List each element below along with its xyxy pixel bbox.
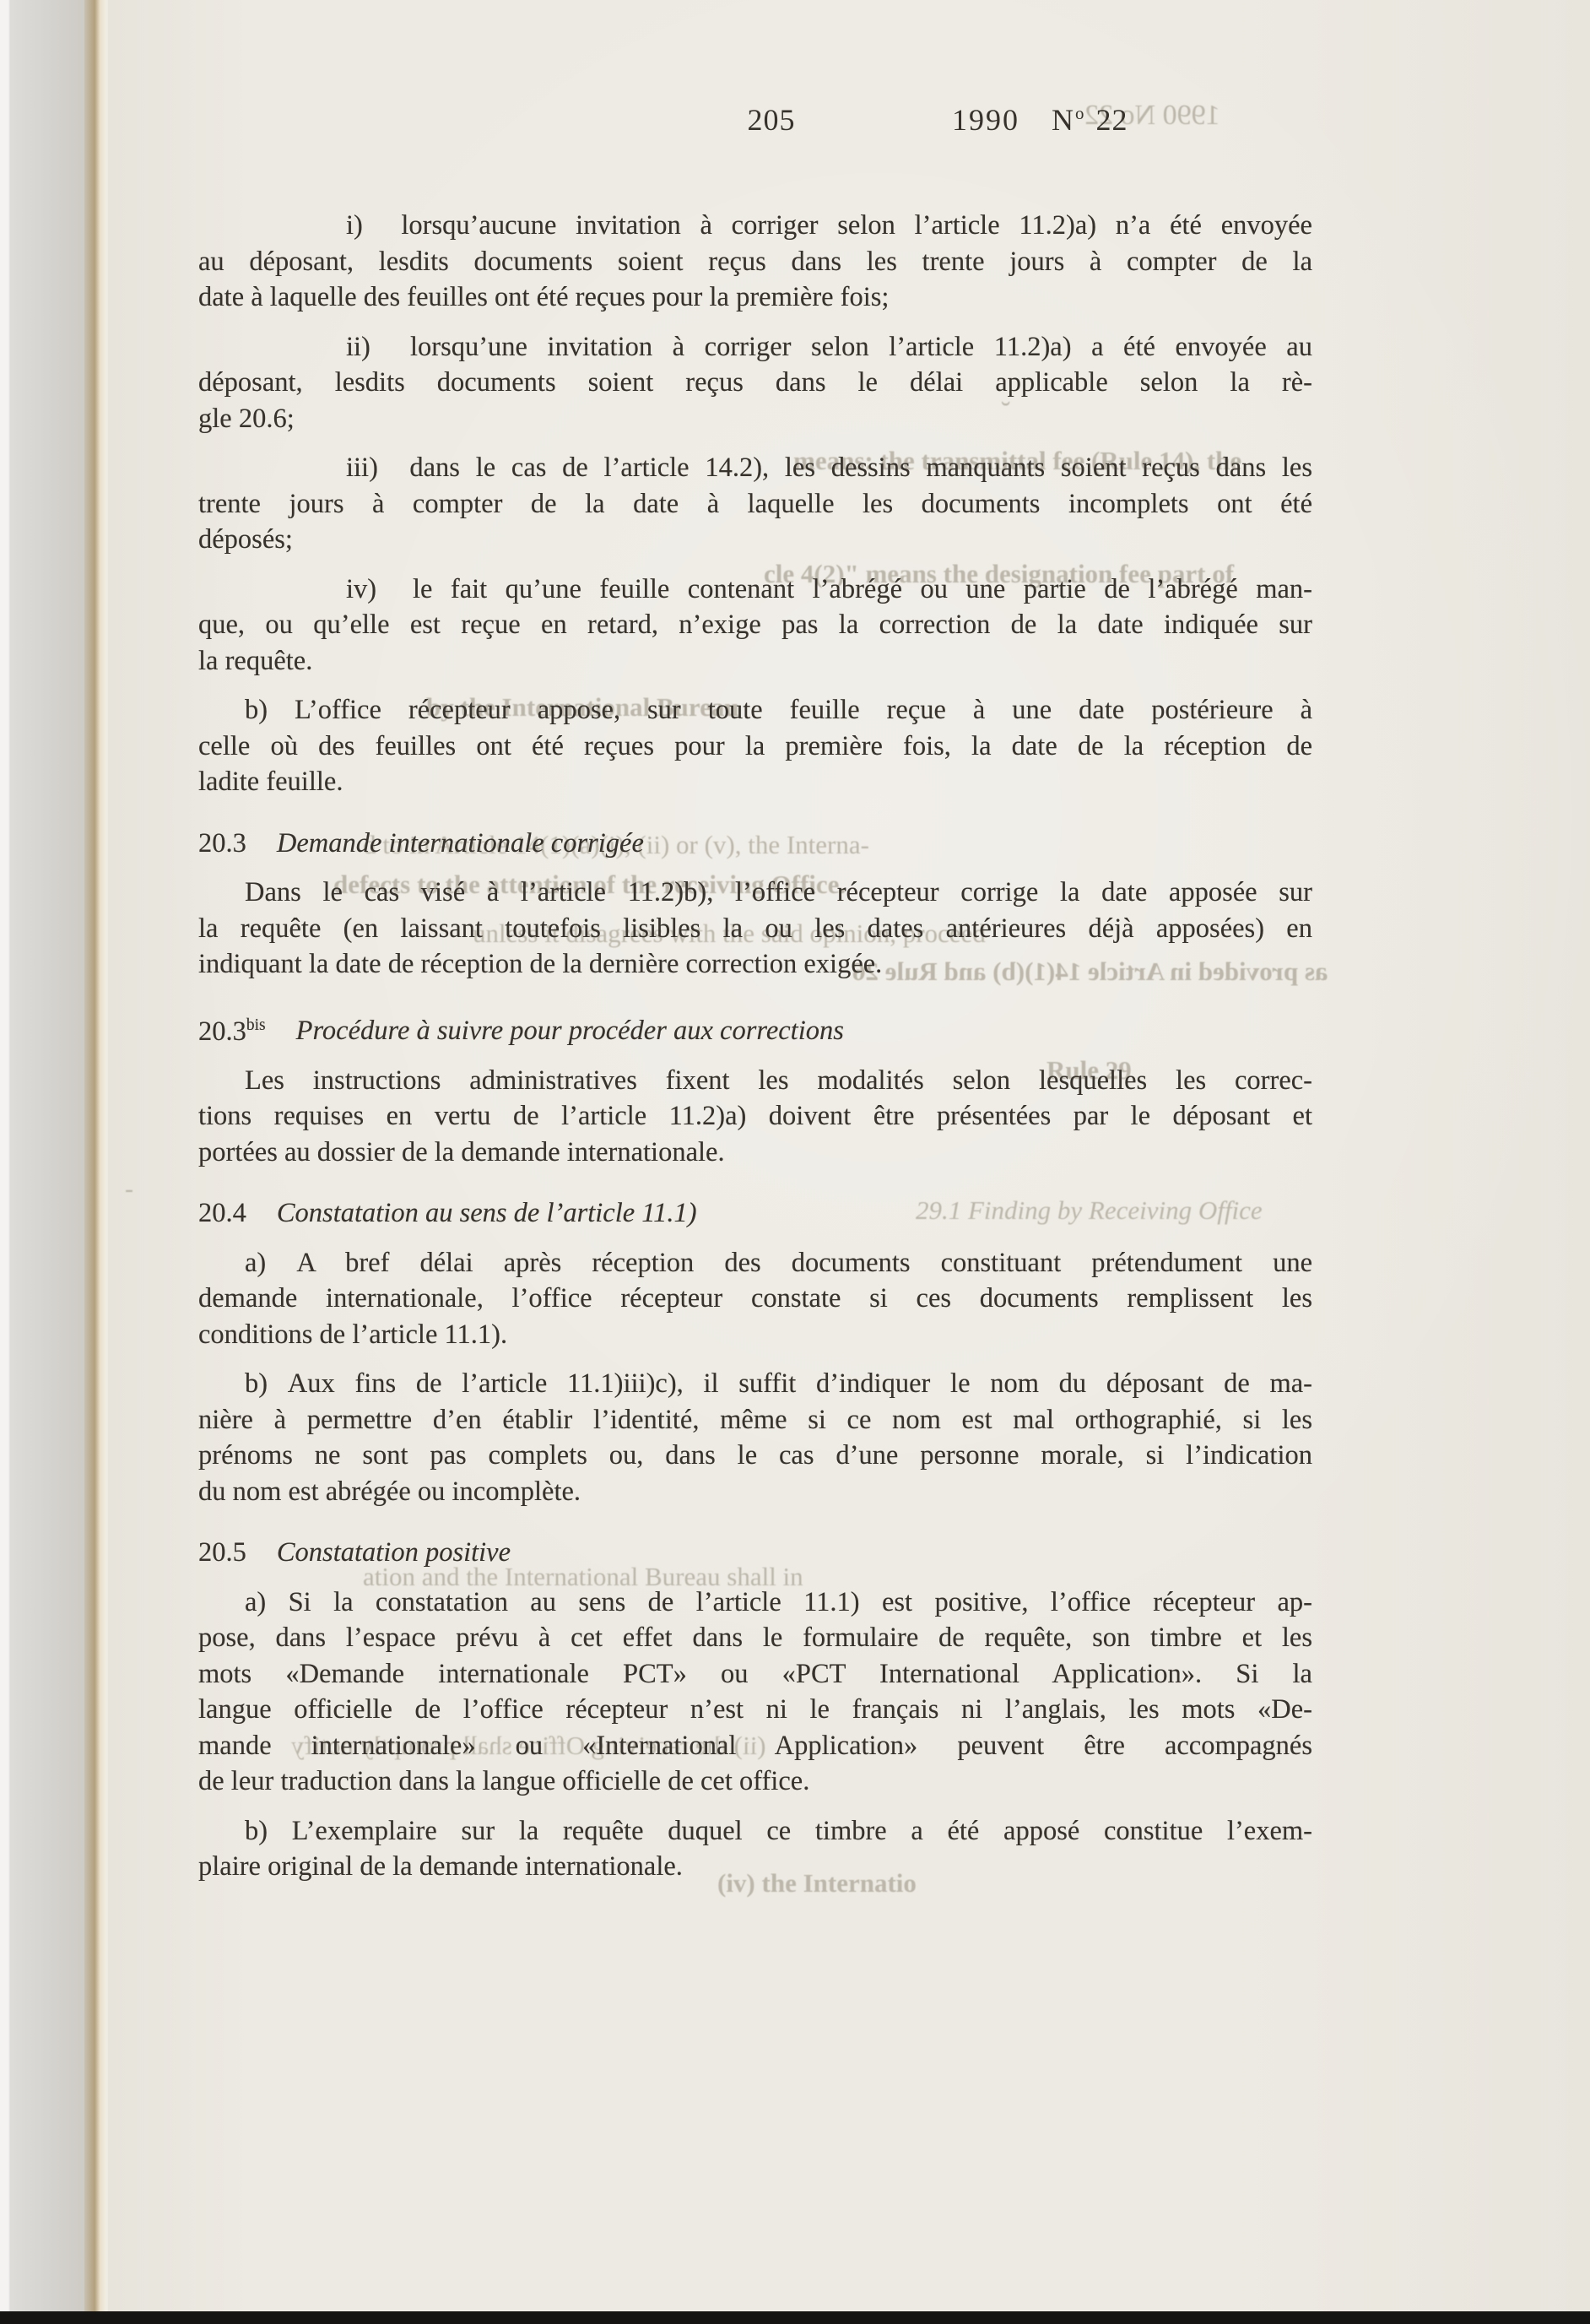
section-number: 20.5 (198, 1537, 246, 1568)
text-line: indiquant la date de réception de la der… (198, 946, 1312, 983)
text-line: Les instructions administratives fixent … (198, 1063, 1312, 1099)
text-line: demande internationale, l’office récepte… (198, 1281, 1312, 1317)
text-line: la requête. (198, 643, 1312, 680)
issue-year: 1990 (952, 103, 1019, 137)
text-line: mots «Demande internationale PCT» ou «PC… (198, 1656, 1312, 1693)
section-number: 20.3 (198, 828, 246, 859)
issue-no-superscript: o (1075, 103, 1084, 123)
text-line: portées au dossier de la demande interna… (198, 1135, 1312, 1171)
page-number: 205 (719, 102, 824, 138)
paragraph: b) L’exemplaire sur la requête duquel ce… (198, 1813, 1312, 1885)
text-line: celle où des feuilles ont été reçues pou… (198, 729, 1312, 765)
text-line: a) A bref délai après réception des docu… (198, 1245, 1312, 1281)
section-heading: 20.4Constatation au sens de l’article 11… (198, 1195, 1312, 1232)
text-line: au déposant, lesdits documents soient re… (198, 244, 1312, 280)
scan-edge-strip (0, 0, 84, 2324)
issue-number: 22 (1095, 103, 1128, 137)
paragraph: Dans le cas visé à l’article 11.2)b), l’… (198, 875, 1312, 983)
section-heading: 20.3bisProcédure à suivre pour procéder … (198, 1008, 1312, 1049)
text-line: trente jours à compter de la date à laqu… (198, 486, 1312, 523)
paragraph: a) Si la constatation au sens de l’artic… (198, 1585, 1312, 1800)
paragraph: b) Aux fins de l’article 11.1)iii)c), il… (198, 1366, 1312, 1509)
paragraph: iv) le fait qu’une feuille contenant l’a… (198, 572, 1312, 680)
text-line: mande internationale» ou «International … (198, 1728, 1312, 1764)
text-line: de leur traduction dans la langue offici… (198, 1763, 1312, 1800)
text-line: gle 20.6; (198, 401, 1312, 437)
section-title: Constatation positive (277, 1537, 511, 1568)
section-title: Constatation au sens de l’article 11.1) (277, 1198, 697, 1228)
text-line: déposant, lesdits documents soient reçus… (198, 365, 1312, 401)
text-line: conditions de l’article 11.1). (198, 1317, 1312, 1353)
text-line: b) L’office récepteur appose, sur toute … (198, 692, 1312, 729)
paragraph: ii) lorsqu’une invitation à corriger sel… (198, 329, 1312, 437)
text-line: ii) lorsqu’une invitation à corriger sel… (198, 329, 1312, 366)
text-line: date à laquelle des feuilles ont été reç… (198, 279, 1312, 316)
document-body: i) lorsqu’aucune invitation à corriger s… (198, 208, 1312, 1885)
text-line: pose, dans l’espace prévu à cet effet da… (198, 1620, 1312, 1656)
section-heading: 20.5Constatation positive (198, 1535, 1312, 1571)
section-heading: 20.3Demande internationale corrigée (198, 826, 1312, 862)
text-line: du nom est abrégée ou incomplète. (198, 1474, 1312, 1510)
text-line: i) lorsqu’aucune invitation à corriger s… (198, 208, 1312, 244)
text-line: tions requises en vertu de l’article 11.… (198, 1098, 1312, 1135)
paragraph: b) L’office récepteur appose, sur toute … (198, 692, 1312, 800)
text-line: langue officielle de l’office récepteur … (198, 1692, 1312, 1728)
text-line: b) L’exemplaire sur la requête duquel ce… (198, 1813, 1312, 1850)
text-line: b) Aux fins de l’article 11.1)iii)c), il… (198, 1366, 1312, 1402)
text-line: la requête (en laissant toutefois lisibl… (198, 911, 1312, 947)
text-line: prénoms ne sont pas complets ou, dans le… (198, 1438, 1312, 1474)
paragraph: i) lorsqu’aucune invitation à corriger s… (198, 208, 1312, 316)
text-line: déposés; (198, 522, 1312, 558)
paragraph: Les instructions administratives fixent … (198, 1063, 1312, 1171)
text-line: que, ou qu’elle est reçue en retard, n’e… (198, 607, 1312, 643)
text-line: nière à permettre d’en établir l’identit… (198, 1402, 1312, 1438)
text-line: Dans le cas visé à l’article 11.2)b), l’… (198, 875, 1312, 911)
section-title: Demande internationale corrigée (277, 828, 644, 859)
section-number-suffix: bis (246, 1016, 266, 1034)
paragraph: a) A bref délai après réception des docu… (198, 1245, 1312, 1353)
section-title: Procédure à suivre pour procéder aux cor… (296, 1016, 844, 1046)
text-line: a) Si la constatation au sens de l’artic… (198, 1585, 1312, 1621)
section-number: 20.4 (198, 1198, 246, 1228)
text-line: iii) dans le cas de l’article 14.2), les… (198, 450, 1312, 486)
text-line: iv) le fait qu’une feuille contenant l’a… (198, 572, 1312, 608)
issue-no-letter: N (1052, 103, 1074, 137)
paragraph: iii) dans le cas de l’article 14.2), les… (198, 450, 1312, 558)
issue-label: 1990No22 (952, 102, 1128, 138)
section-number: 20.3 (198, 1016, 246, 1046)
text-line: ladite feuille. (198, 764, 1312, 800)
scan-bottom-bar (0, 2311, 1590, 2324)
text-line: plaire original de la demande internatio… (198, 1849, 1312, 1885)
